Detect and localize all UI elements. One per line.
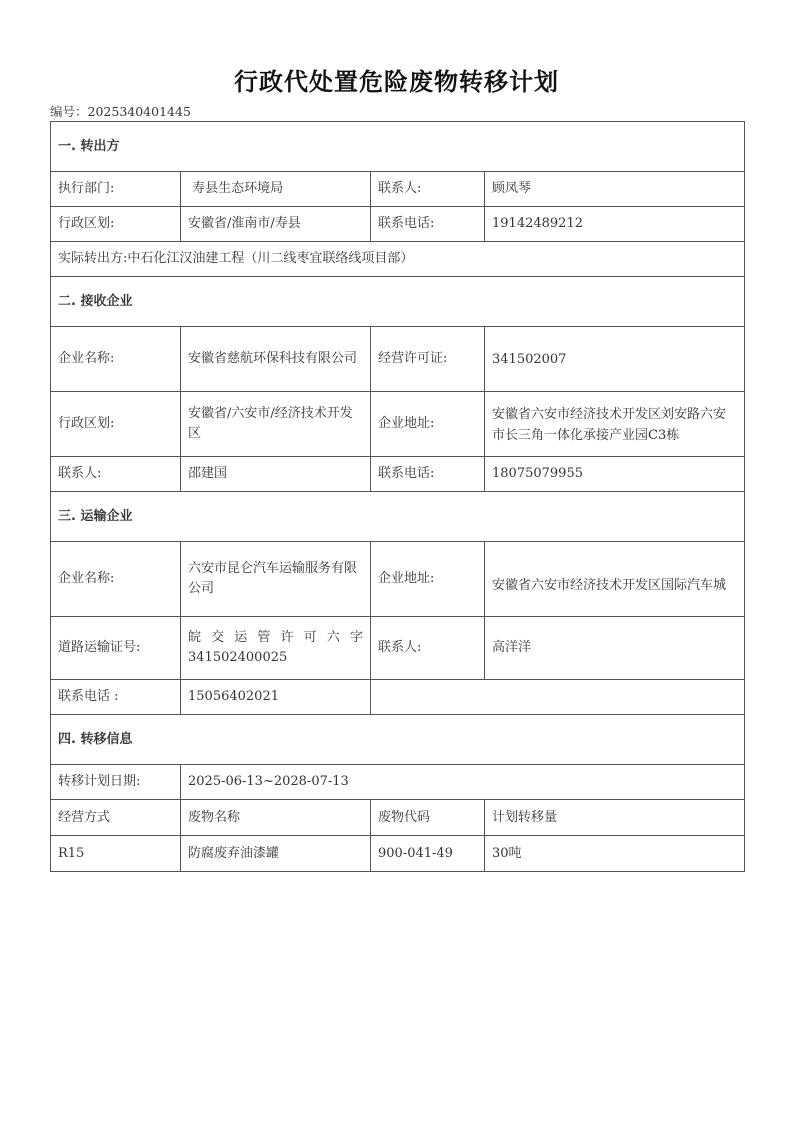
transport-contact-label: 联系人: [371,617,485,680]
receiver-region-label: 行政区划: [51,392,181,457]
document-number: 编号：2025340401445 [50,102,191,120]
col-planned-amount: 计划转移量 [485,800,745,836]
transport-company-label: 企业名称: [51,542,181,617]
transport-address-value: 安徽省六安市经济技术开发区国际汽车城 [485,542,745,617]
region-value: 安徽省/淮南市/寿县 [181,207,371,242]
plan-date-value: 2025-06-13~2028-07-13 [181,765,745,800]
phone-label: 联系电话: [371,207,485,242]
col-waste-name: 废物名称 [181,800,371,836]
transfer-plan-table: 一. 转出方 执行部门: 寿县生态环境局 联系人: 顾凤琴 行政区划: 安徽省/… [50,121,745,872]
transport-phone-value: 15056402021 [181,680,371,715]
receiver-address-label: 企业地址: [371,392,485,457]
transport-phone-label: 联系电话 : [51,680,181,715]
phone-value: 19142489212 [485,207,745,242]
transport-company-value: 六安市昆仑汽车运输服务有限公司 [181,542,371,617]
operation-mode: R15 [51,836,181,872]
exec-dept-label: 执行部门: [51,172,181,207]
doc-no-value: 2025340401445 [88,104,191,119]
doc-no-label: 编号： [50,104,88,119]
transport-address-label: 企业地址: [371,542,485,617]
waste-name: 防腐废弃油漆罐 [181,836,371,872]
actual-transferor: 实际转出方:中石化江汉油建工程（川二线枣宜联络线项目部） [51,242,745,277]
license-value: 341502007 [485,327,745,392]
page-title: 行政代处置危险废物转移计划 [0,62,793,97]
receiver-company-value: 安徽省慈航环保科技有限公司 [181,327,371,392]
contact-label: 联系人: [371,172,485,207]
receiver-company-label: 企业名称: [51,327,181,392]
receiver-phone-value: 18075079955 [485,457,745,492]
col-waste-code: 废物代码 [371,800,485,836]
section-heading-receiver: 二. 接收企业 [51,277,745,327]
waste-table-header: 经营方式 废物名称 废物代码 计划转移量 [51,800,745,836]
section-heading-transfer-info: 四. 转移信息 [51,715,745,765]
section-heading-transferor: 一. 转出方 [51,122,745,172]
receiver-contact-label: 联系人: [51,457,181,492]
receiver-address-value: 安徽省六安市经济技术开发区刘安路六安市长三角一体化承接产业园C3栋 [485,392,745,457]
road-permit-prefix: 皖交运管许可六字 [188,628,363,648]
receiver-contact-value: 邵建国 [181,457,371,492]
plan-date-label: 转移计划日期: [51,765,181,800]
road-permit-label: 道路运输证号: [51,617,181,680]
license-label: 经营许可证: [371,327,485,392]
section-heading-transporter: 三. 运输企业 [51,492,745,542]
transport-contact-value: 高洋洋 [485,617,745,680]
waste-code: 900-041-49 [371,836,485,872]
planned-amount: 30吨 [485,836,745,872]
region-label: 行政区划: [51,207,181,242]
receiver-region-value: 安徽省/六安市/经济技术开发区 [181,392,371,457]
exec-dept-value: 寿县生态环境局 [181,172,371,207]
road-permit-number: 341502400025 [188,650,287,665]
empty-cell [371,680,745,715]
receiver-phone-label: 联系电话: [371,457,485,492]
contact-value: 顾凤琴 [485,172,745,207]
actual-transferor-label: 实际转出方: [58,251,127,266]
road-permit-value: 皖交运管许可六字341502400025 [181,617,371,680]
waste-table-row: R15 防腐废弃油漆罐 900-041-49 30吨 [51,836,745,872]
actual-transferor-value: 中石化江汉油建工程（川二线枣宜联络线项目部） [127,251,413,266]
col-operation-mode: 经营方式 [51,800,181,836]
